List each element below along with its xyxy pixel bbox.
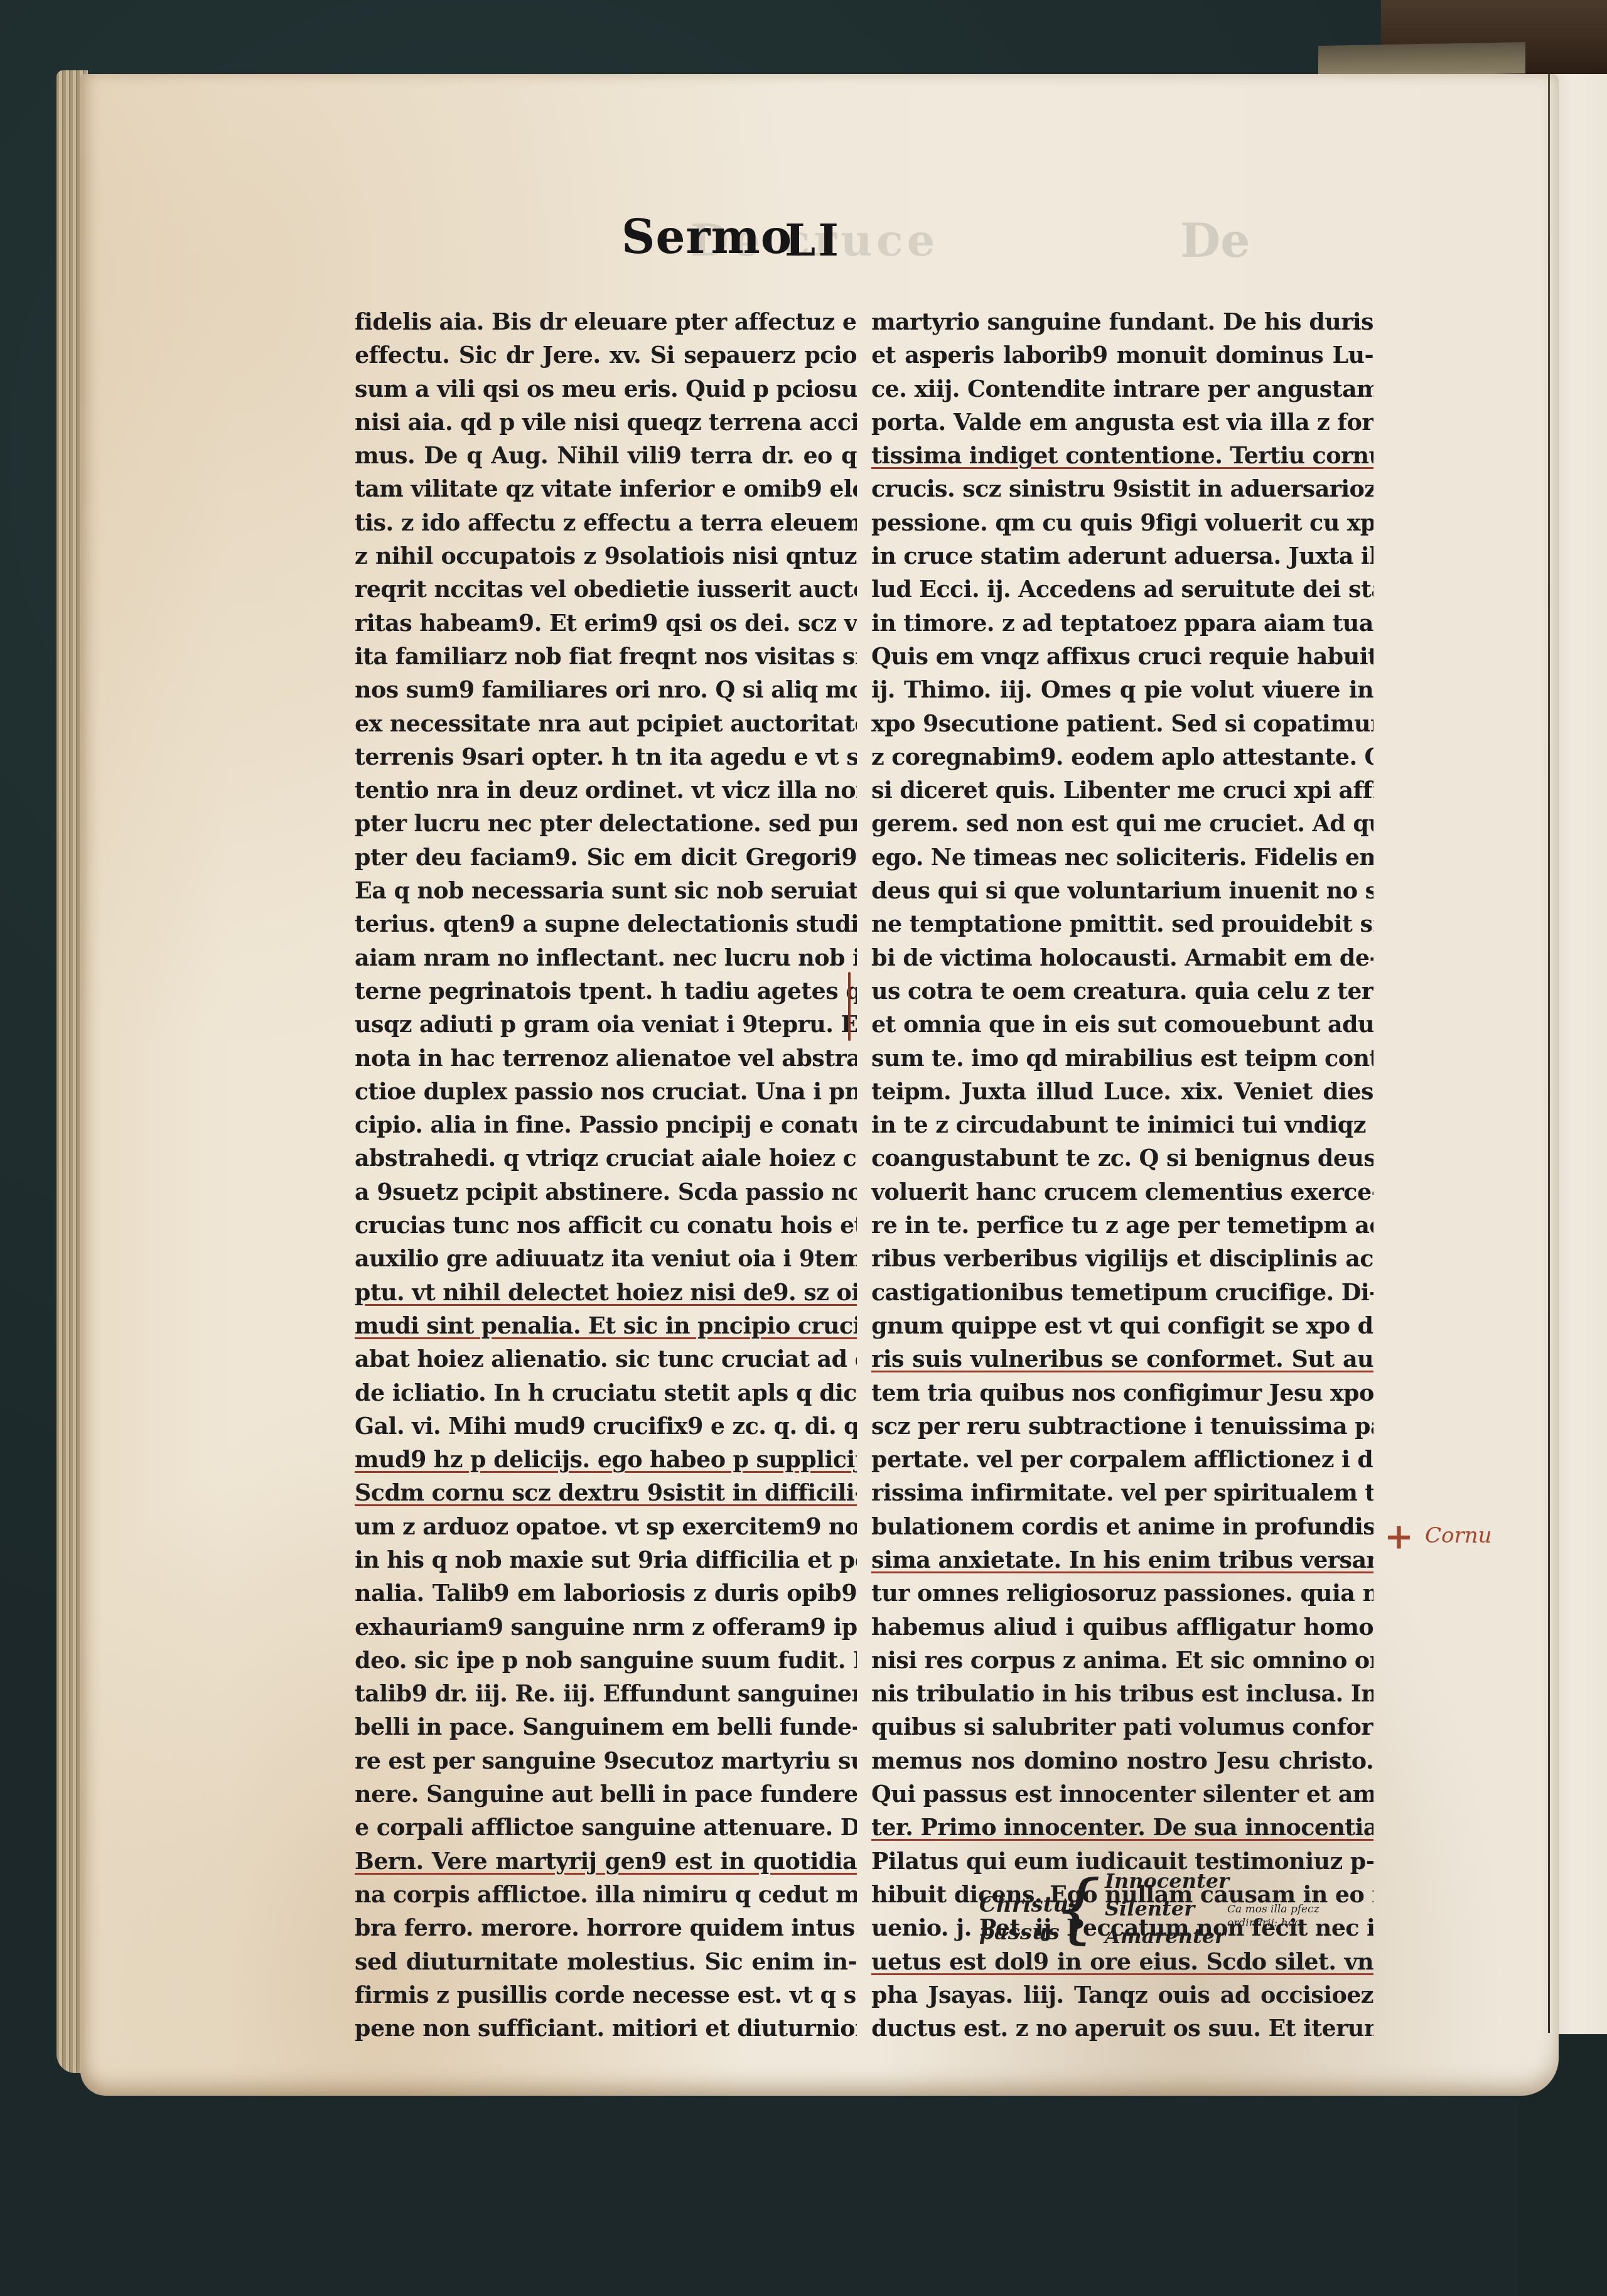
- text-line: ex necessitate nra aut pcipiet auctorita…: [355, 707, 857, 740]
- show-through-text-right: De: [1180, 214, 1250, 268]
- text-line: Bern. Vere martyrij gen9 est in quotidia: [355, 1845, 857, 1878]
- text-line: crucias tunc nos afficit cu conatu hois …: [355, 1209, 857, 1242]
- text-line: voluerit hanc crucem clementius exerce-: [871, 1175, 1373, 1209]
- text-line: memus nos domino nostro Jesu christo.: [871, 1744, 1373, 1777]
- text-line: ce. xiij. Contendite intrare per angusta…: [871, 372, 1373, 406]
- note-aside-line: Ca mos illa pfecz: [1227, 1902, 1319, 1916]
- text-line: ribus verberibus vigilijs et disciplinis…: [871, 1242, 1373, 1275]
- text-line: ris suis vulneribus se conformet. Sut au: [871, 1342, 1373, 1376]
- running-head-title: Sermo: [621, 210, 792, 264]
- text-line: si diceret quis. Libenter me cruci xpi a…: [871, 773, 1373, 807]
- text-line: nisi aia. qd p vile nisi queqz terrena a…: [355, 406, 857, 439]
- text-line: um z arduoz opatoe. vt sp exercitem9 nos: [355, 1510, 857, 1543]
- text-line: Qui passus est innocenter silenter et am…: [871, 1777, 1373, 1811]
- text-line: tem tria quibus nos configimur Jesu xpo: [871, 1376, 1373, 1409]
- page-gutter: [1548, 74, 1550, 2033]
- handwritten-bottom-note: Christus passus { Innocenter Silenter Am…: [979, 1858, 1419, 1965]
- text-line: a 9suetz pcipit abstinere. Scda passio n…: [355, 1175, 857, 1209]
- text-line: effectu. Sic dr Jere. xv. Si sepauerz pc…: [355, 338, 857, 372]
- text-line: nos sum9 familiares ori nro. Q si aliq m…: [355, 673, 857, 706]
- text-column-left: fidelis aia. Bis dr eleuare pter affectu…: [355, 305, 857, 2045]
- text-line: terne pegrinatois tpent. h tadiu agetes …: [355, 974, 857, 1008]
- text-line: mudi sint penalia. Et sic in pncipio cru…: [355, 1309, 857, 1342]
- text-line: cipio. alia in fine. Passio pncipij e co…: [355, 1108, 857, 1141]
- text-line: tur omnes religiosoruz passiones. quia n…: [871, 1576, 1373, 1610]
- text-line: castigationibus temetipum crucifige. Di-: [871, 1276, 1373, 1309]
- text-line: in timore. z ad teptatoez ppara aiam tua…: [871, 606, 1373, 640]
- text-line: exhauriam9 sanguine nrm z offeram9 ipm: [355, 1610, 857, 1644]
- text-line: sum te. imo qd mirabilius est teipm cont…: [871, 1042, 1373, 1075]
- text-line: teipm. Juxta illud Luce. xix. Veniet die…: [871, 1075, 1373, 1108]
- text-line: pha Jsayas. liij. Tanqz ouis ad occisioe…: [871, 1978, 1373, 2012]
- text-line: re in te. perfice tu z age per temetipm …: [871, 1209, 1373, 1242]
- text-line: coangustabunt te zc. Q si benignus deus: [871, 1141, 1373, 1175]
- text-line: habemus aliud i quibus affligatur homo: [871, 1610, 1373, 1644]
- running-head: De cruce De Sermo LI: [0, 210, 1607, 267]
- text-line: sed diuturnitate molestius. Sic enim in-: [355, 1945, 857, 1978]
- text-line: pter lucru nec pter delectatione. sed pu…: [355, 807, 857, 840]
- text-line: in te z circudabunt te inimici tui vndiq…: [871, 1108, 1373, 1141]
- text-line: porta. Valde em angusta est via illa z f…: [871, 406, 1373, 439]
- text-line: fidelis aia. Bis dr eleuare pter affectu…: [355, 305, 857, 338]
- text-line: nis tribulatio in his tribus est inclusa…: [871, 1677, 1373, 1710]
- text-line: z nihil occupatois z 9solatiois nisi qnt…: [355, 539, 857, 573]
- text-line: aiam nram no inflectant. nec lucru nob i…: [355, 941, 857, 974]
- text-line: lud Ecci. ij. Accedens ad seruitute dei …: [871, 573, 1373, 606]
- text-line: sum a vili qsi os meu eris. Quid p pcios…: [355, 372, 857, 406]
- rubric-mark: [848, 972, 851, 1041]
- text-line: martyrio sanguine fundant. De his duris: [871, 305, 1373, 338]
- text-line: nalia. Talib9 em laboriosis z duris opib…: [355, 1576, 857, 1610]
- text-line: talib9 dr. iij. Re. iij. Effundunt sangu…: [355, 1677, 857, 1710]
- note-item: Amarenter: [1105, 1922, 1229, 1950]
- text-line: firmis z pusillis corde necesse est. vt …: [355, 1978, 857, 2012]
- text-line: gerem. sed non est qui me cruciet. Ad qu…: [871, 807, 1373, 840]
- note-item: Innocenter: [1105, 1867, 1229, 1895]
- text-line: in cruce statim aderunt aduersa. Juxta i…: [871, 539, 1373, 573]
- text-line: rissima infirmitate. vel per spiritualem…: [871, 1476, 1373, 1509]
- note-aside-line: ordinarij: hoc: [1227, 1916, 1319, 1930]
- text-line: bra ferro. merore. horrore quidem intus.: [355, 1911, 857, 1944]
- plus-mark-icon: +: [1384, 1516, 1414, 1558]
- text-line: Scdm cornu scz dextru 9sistit in diffici…: [355, 1476, 857, 1509]
- text-line: z coregnabim9. eodem aplo attestante. Q: [871, 740, 1373, 773]
- text-line: ctioe duplex passio nos cruciat. Una i p…: [355, 1075, 857, 1108]
- text-line: ductus est. z no aperuit os suu. Et iter…: [871, 2012, 1373, 2045]
- text-line: us cotra te oem creatura. quia celu z te…: [871, 974, 1373, 1008]
- text-line: tam vilitate qz vitate inferior e omib9 …: [355, 472, 857, 505]
- margin-annotation-text: Cornu: [1425, 1523, 1492, 1548]
- text-line: tissima indiget contentione. Tertiu corn…: [871, 439, 1373, 472]
- text-line: ita familiarz nob fiat freqnt nos visita…: [355, 640, 857, 673]
- text-line: mus. De q Aug. Nihil vili9 terra dr. eo …: [355, 439, 857, 472]
- margin-annotation: +Cornu: [1384, 1516, 1491, 1558]
- text-line: reqrit nccitas vel obedietie iusserit au…: [355, 573, 857, 606]
- text-line: tentio nra in deuz ordinet. vt vicz illa…: [355, 773, 857, 807]
- text-line: ego. Ne timeas nec soliciteris. Fidelis …: [871, 841, 1373, 874]
- text-line: nota in hac terrenoz alienatoe vel abstr…: [355, 1042, 857, 1075]
- text-line: ptu. vt nihil delectet hoiez nisi de9. s…: [355, 1276, 857, 1309]
- text-line: gnum quippe est vt qui configit se xpo d…: [871, 1309, 1373, 1342]
- text-line: ritas habeam9. Et erim9 qsi os dei. scz …: [355, 606, 857, 640]
- note-aside: Ca mos illa pfecz ordinarij: hoc: [1227, 1902, 1319, 1930]
- text-line: Gal. vi. Mihi mud9 crucifix9 e zc. q. di…: [355, 1409, 857, 1443]
- text-line: de icliatio. In h cruciatu stetit apls q…: [355, 1376, 857, 1409]
- note-items: Innocenter Silenter Amarenter: [1105, 1867, 1229, 1950]
- text-line: e corpali afflictoe sanguine attenuare. …: [355, 1811, 857, 1844]
- text-line: abstrahedi. q vtriqz cruciat aiale hoiez…: [355, 1141, 857, 1175]
- text-line: ter. Primo innocenter. De sua innocentia: [871, 1811, 1373, 1844]
- text-line: et asperis laborib9 monuit dominus Lu-: [871, 338, 1373, 372]
- text-line: pene non sufficiant. mitiori et diuturni…: [355, 2012, 857, 2045]
- text-line: pessione. qm cu quis 9figi voluerit cu x…: [871, 506, 1373, 539]
- text-line: bi de victima holocausti. Armabit em de-: [871, 941, 1373, 974]
- text-line: deus qui si que voluntarium inuenit no s…: [871, 874, 1373, 907]
- text-line: terrenis 9sari opter. h tn ita agedu e v…: [355, 740, 857, 773]
- text-line: ne temptatione pmittit. sed prouidebit s…: [871, 907, 1373, 940]
- text-line: sima anxietate. In his enim tribus versa…: [871, 1543, 1373, 1576]
- folio-number: LI: [785, 214, 841, 266]
- text-line: abat hoiez alienatio. sic tunc cruciat a…: [355, 1342, 857, 1376]
- text-line: auxilio gre adiuuatz ita veniut oia i 9t…: [355, 1242, 857, 1275]
- text-line: deo. sic ipe p nob sanguine suum fudit. …: [355, 1644, 857, 1677]
- text-line: re est per sanguine 9secutoz martyriu su…: [355, 1744, 857, 1777]
- text-line: ij. Thimo. iij. Omes q pie volut viuere …: [871, 673, 1373, 706]
- note-item: Silenter: [1105, 1895, 1229, 1922]
- text-line: quibus si salubriter pati volumus confor…: [871, 1710, 1373, 1744]
- text-line: in his q nob maxie sut 9ria difficilia e…: [355, 1543, 857, 1576]
- text-line: bulationem cordis et anime in profundis-: [871, 1510, 1373, 1543]
- text-line: belli in pace. Sanguinem em belli funde-: [355, 1710, 857, 1744]
- text-line: usqz adiuti p gram oia veniat i 9tepru. …: [355, 1008, 857, 1041]
- text-line: scz per reru subtractione i tenuissima p…: [871, 1409, 1373, 1443]
- text-line: Ea q nob necessaria sunt sic nob seruiat…: [355, 874, 857, 907]
- binding-edge: [1318, 42, 1525, 77]
- text-line: xpo 9secutione patient. Sed si copatimur: [871, 707, 1373, 740]
- text-line: nere. Sanguine aut belli in pace fundere: [355, 1777, 857, 1811]
- facing-page-edge: [1551, 74, 1607, 2202]
- text-line: et omnia que in eis sut comouebunt aduer: [871, 1008, 1373, 1041]
- text-line: crucis. scz sinistru 9sistit in aduersar…: [871, 472, 1373, 505]
- text-line: pertate. vel per corpalem afflictionez i…: [871, 1443, 1373, 1476]
- text-line: terius. qten9 a supne delectationis stud…: [355, 907, 857, 940]
- text-line: na corpis afflictoe. illa nimiru q cedut…: [355, 1878, 857, 1911]
- brace-icon: {: [1053, 1871, 1101, 1946]
- text-line: mud9 hz p delicijs. ego habeo p supplici…: [355, 1443, 857, 1476]
- text-column-right: martyrio sanguine fundant. De his durise…: [871, 305, 1373, 2045]
- text-line: Quis em vnqz affixus cruci requie habuit: [871, 640, 1373, 673]
- text-line: pter deu faciam9. Sic em dicit Gregori9: [355, 841, 857, 874]
- text-line: tis. z ido affectu z effectu a terra ele…: [355, 506, 857, 539]
- text-line: nisi res corpus z anima. Et sic omnino o…: [871, 1644, 1373, 1677]
